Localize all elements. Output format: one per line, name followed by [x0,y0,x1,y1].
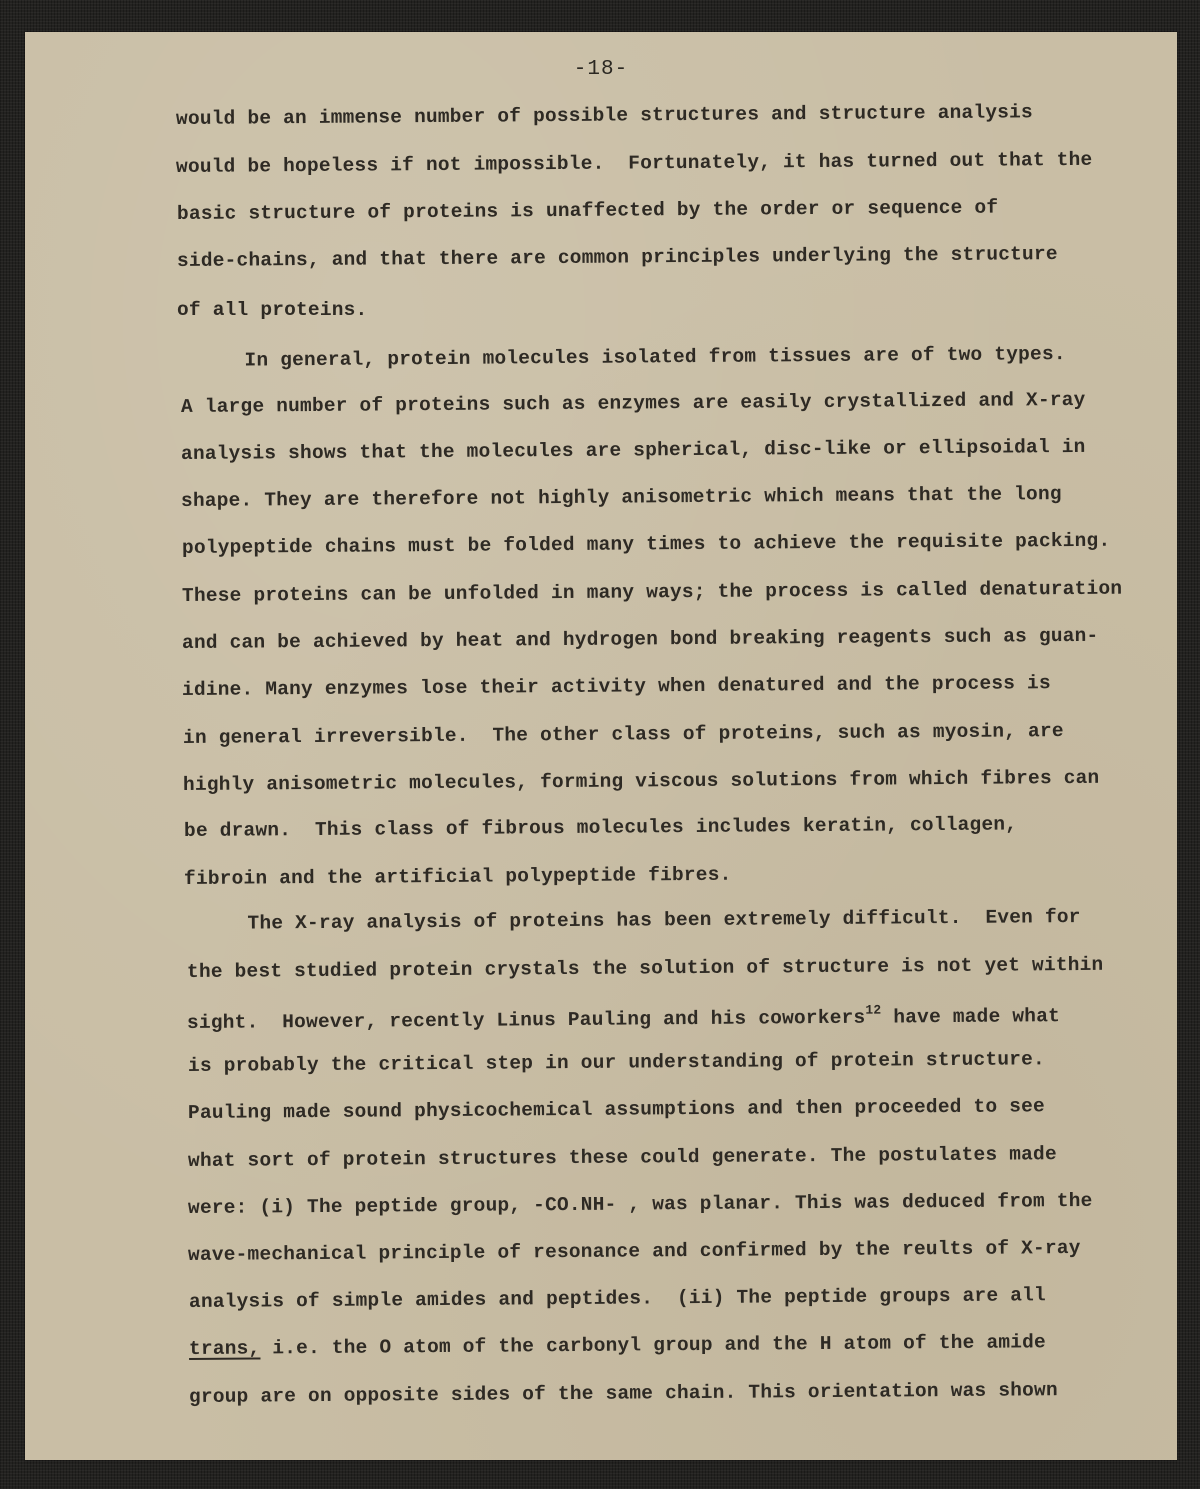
text-line: side-chains, and that there are common p… [177,243,1058,272]
text-line: analysis of simple amides and peptides. … [189,1284,1046,1313]
text-line: shape. They are therefore not highly ani… [181,483,1062,512]
text-line: is probably the critical step in our und… [188,1048,1045,1077]
text-line: fibroin and the artificial polypeptide f… [184,864,732,890]
text-line: would be hopeless if not impossible. For… [176,149,1093,178]
text-segment: sight. However, recently Linus Pauling a… [187,1007,866,1034]
text-line: wave-mechanical principle of resonance a… [188,1237,1081,1266]
text-line: analysis shows that the molecules are sp… [181,436,1086,465]
text-line: polypeptide chains must be folded many t… [182,530,1111,559]
text-line: Pauling made sound physicochemical assum… [188,1095,1045,1124]
text-line: highly anisometric molecules, forming vi… [183,767,1100,796]
text-line: A large number of proteins such as enzym… [181,389,1086,418]
text-line: be drawn. This class of fibrous molecule… [184,813,1017,842]
text-segment: have made what [881,1005,1060,1028]
text-line: trans, i.e. the O atom of the carbonyl g… [189,1331,1046,1360]
text-line: group are on opposite sides of the same … [189,1379,1058,1408]
text-line: of all proteins. [177,299,367,321]
text-line: the best studied protein crystals the so… [187,954,1104,983]
text-line: in general irreversible. The other class… [183,720,1064,749]
page-number: -18- [25,58,1177,81]
text-segment: i.e. the O atom of the carbonyl group an… [260,1331,1046,1359]
text-line: idine. Many enzymes lose their activity … [182,672,1051,701]
text-line: were: (i) The peptide group, -CO.NH- , w… [188,1190,1093,1219]
text-line: and can be achieved by heat and hydrogen… [182,625,1099,654]
underlined-word: trans, [189,1337,261,1360]
footnote-reference: 12 [865,1003,881,1018]
text-line: sight. However, recently Linus Pauling a… [187,1001,1060,1034]
typewritten-page: -18- would be an immense number of possi… [25,32,1177,1460]
text-line: The X-ray analysis of proteins has been … [188,906,1081,935]
text-line: would be an immense number of possible s… [176,101,1033,130]
text-line: basic structure of proteins is unaffecte… [177,197,998,225]
text-line: In general, protein molecules isolated f… [185,343,1066,372]
text-line: what sort of protein structures these co… [188,1143,1057,1172]
text-line: These proteins can be unfolded in many w… [182,578,1122,607]
